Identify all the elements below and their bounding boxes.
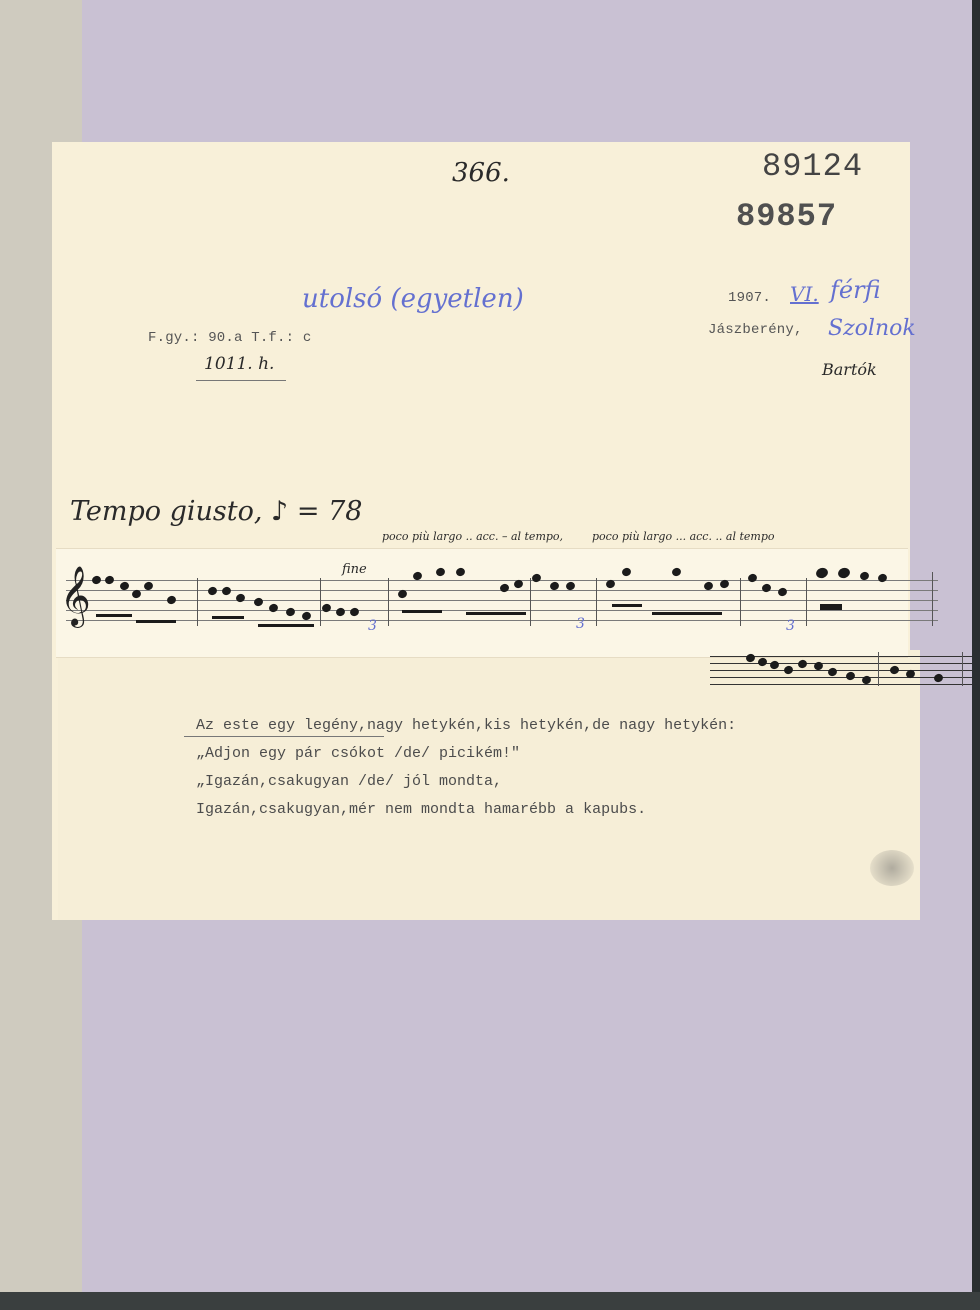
lyric-line-3: „Igazán,csakugyan /de/ jól mondta, <box>196 768 736 796</box>
scan-edge-right <box>972 0 980 1310</box>
scan-edge-bottom <box>0 1292 980 1310</box>
county-name: Szolnok <box>828 316 916 341</box>
place-name: Jászberény, <box>708 322 803 338</box>
fgy-underline <box>196 380 286 381</box>
lyric-line-4: Igazán,csakugyan,mér nem mondta hamarébb… <box>196 796 736 824</box>
fine-marking: fine <box>342 562 367 577</box>
catalog-number: 366. <box>452 158 510 188</box>
fgy-line: F.gy.: 90.a T.f.: c <box>148 330 311 346</box>
date-year: 1907. <box>728 290 771 306</box>
triplet-mark: 3 <box>576 616 585 632</box>
music-direction-1: poco più largo .. acc. – al tempo, <box>382 530 563 543</box>
date-month: VI. <box>790 282 819 306</box>
music-staff: 𝄞 3 3 3 <box>66 578 938 626</box>
music-direction-2: poco più largo ... acc. .. al tempo <box>592 530 775 543</box>
appended-music-fragment <box>710 652 972 686</box>
tempo-marking: Tempo giusto, ♪ = 78 <box>70 496 362 527</box>
fgy-handwritten: 1011. h. <box>204 354 274 374</box>
collector-signature: Bartók <box>822 360 877 379</box>
treble-clef-icon: 𝄞 <box>60 566 91 627</box>
triplet-mark: 3 <box>786 618 795 634</box>
lyric-line-2: „Adjon egy pár csókot /de/ picikém!" <box>196 740 736 768</box>
lyric-underline <box>184 736 384 737</box>
lyrics-block: Az este egy legény,nagy hetykén,kis hety… <box>196 712 736 824</box>
ink-smudge <box>870 850 914 886</box>
note-ferfi: férfi <box>830 276 881 304</box>
annotation-utolso: utolsó (egyetlen) <box>302 284 524 314</box>
stamp-number-2: 89857 <box>736 198 837 235</box>
stamp-number-1: 89124 <box>762 148 863 185</box>
triplet-mark: 3 <box>368 618 377 634</box>
